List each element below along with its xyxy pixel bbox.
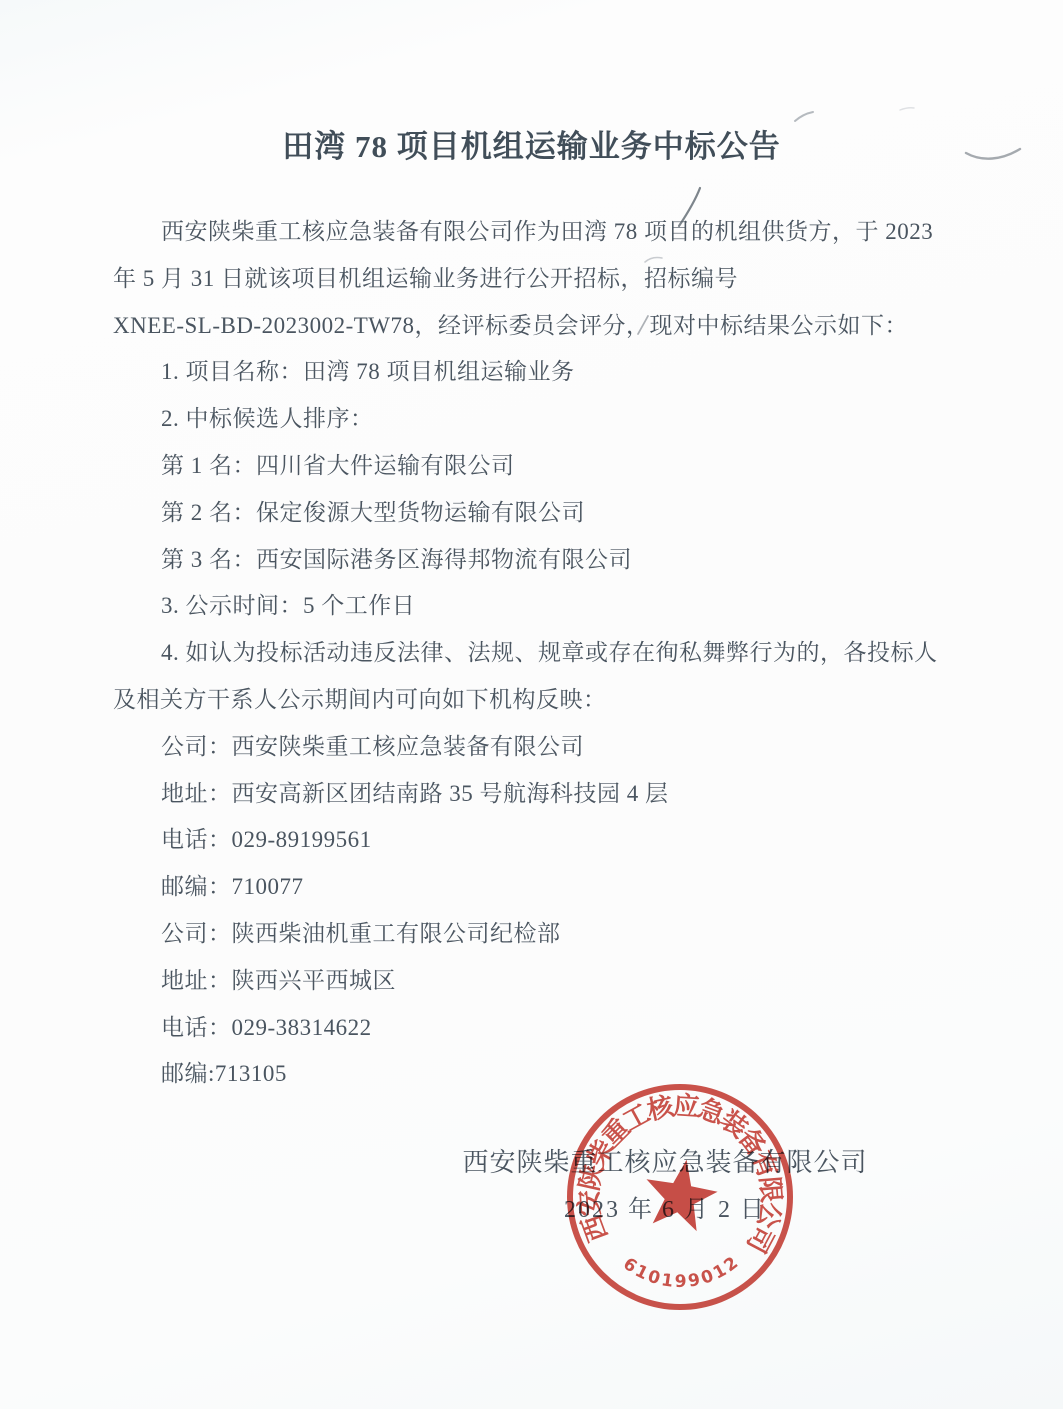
contact-address-1: 地址：西安高新区团结南路 35 号航海科技园 4 层 <box>113 771 958 818</box>
paragraph-line: 年 5 月 31 日就该项目机组运输业务进行公开招标，招标编号 <box>113 256 958 303</box>
candidate-rank-1: 第 1 名：四川省大件运输有限公司 <box>113 443 958 490</box>
contact-company-2: 公司：陕西柴油机重工有限公司纪检部 <box>113 911 958 958</box>
list-item-complaint: 4. 如认为投标活动违反法律、法规、规章或存在徇私舞弊行为的，各投标人 <box>113 630 958 677</box>
contact-zip-1: 邮编：710077 <box>113 864 958 911</box>
contact-company-1: 公司：西安陕柴重工核应急装备有限公司 <box>113 724 958 771</box>
paragraph-line: 西安陕柴重工核应急装备有限公司作为田湾 78 项目的机组供货方，于 2023 <box>113 209 958 256</box>
paragraph-line: 及相关方干系人公示期间内可向如下机构反映： <box>113 677 958 724</box>
scan-smudge <box>900 108 914 110</box>
paragraph-line: XNEE-SL-BD-2023002-TW78，经评标委员会评分，现对中标结果公… <box>113 303 958 350</box>
scan-smudge <box>795 112 813 121</box>
list-item-project-name: 1. 项目名称：田湾 78 项目机组运输业务 <box>113 349 958 396</box>
contact-phone-2: 电话：029-38314622 <box>113 1005 958 1052</box>
list-item-publicity-time: 3. 公示时间：5 个工作日 <box>113 583 958 630</box>
seal-star-icon <box>639 1153 722 1233</box>
candidate-rank-2: 第 2 名：保定俊源大型货物运输有限公司 <box>113 490 958 537</box>
company-seal: 西安陕柴重工核应急装备有限公司 6101990129661 <box>560 1077 800 1317</box>
candidate-rank-3: 第 3 名：西安国际港务区海得邦物流有限公司 <box>113 537 958 584</box>
scanned-document-page: 田湾 78 项目机组运输业务中标公告 西安陕柴重工核应急装备有限公司作为田湾 7… <box>0 0 1063 1409</box>
document-title: 田湾 78 项目机组运输业务中标公告 <box>0 126 1063 168</box>
document-body: 西安陕柴重工核应急装备有限公司作为田湾 78 项目的机组供货方，于 2023 年… <box>113 209 958 1098</box>
contact-phone-1: 电话：029-89199561 <box>113 817 958 864</box>
contact-address-2: 地址：陕西兴平西城区 <box>113 958 958 1005</box>
list-item-candidates: 2. 中标候选人排序： <box>113 396 958 443</box>
contact-zip-2: 邮编:713105 <box>113 1051 958 1098</box>
